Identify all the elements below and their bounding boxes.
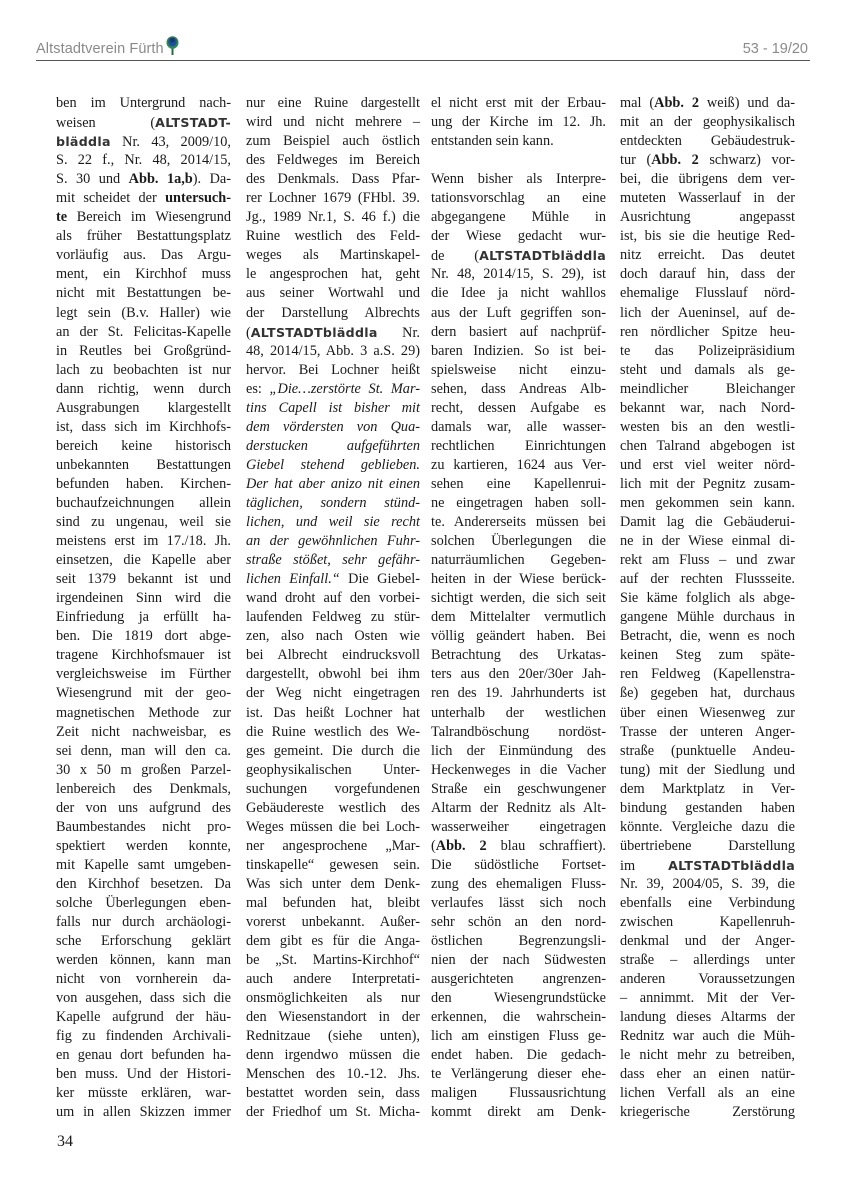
text-line: rer Lochner 1679 (FHbl. 39. xyxy=(246,189,420,208)
text-line: bereich keine historisch xyxy=(56,437,231,456)
text-line: Sie käme folglich als abge- xyxy=(620,589,795,608)
text-line: derstucken aufgeführten xyxy=(246,437,420,456)
text-line: mit scheidet der untersuch- xyxy=(56,189,231,208)
text-line: aus seiner Wortwahl und xyxy=(246,284,420,303)
text-line: mit an der geophysikalisch xyxy=(620,113,795,132)
text-line: rekt am Fluss – und zwar xyxy=(620,551,795,570)
text-line: mit Kapelle samt umgeben- xyxy=(56,856,231,875)
text-line: te Bereich im Wiesengrund xyxy=(56,208,231,227)
brand-wordmark: ALTSTADTbläddla xyxy=(479,248,606,263)
text-line: ist. Das heißt Lochner hat xyxy=(246,704,420,723)
text-line: nien der nach Südwesten xyxy=(431,951,606,970)
text-line: vorläufig aus. Das Argu- xyxy=(56,246,231,265)
text-line: Zeit nicht nachweisbar, es xyxy=(56,723,231,742)
text-line: bestattet worden sein, dass xyxy=(246,1084,420,1103)
text-line: buchaufzeichnungen allein xyxy=(56,494,231,513)
tree-icon xyxy=(166,36,179,56)
text-line: dern basiert auf nachprüf- xyxy=(431,323,606,342)
text-line: Was sich unter dem Denk- xyxy=(246,875,420,894)
text-line: rechtlichen Einrichtungen xyxy=(431,437,606,456)
paragraph-gap xyxy=(431,151,606,170)
text-line: anderen Voraussetzungen xyxy=(620,970,795,989)
text-line: dem Marktplatz in Ver- xyxy=(620,780,795,799)
text-line: seit 1379 bekannt ist und xyxy=(56,570,231,589)
text-line: die Idee ja nicht wahllos xyxy=(431,284,606,303)
text-line: an der St. Felicitas-Kapelle xyxy=(56,323,231,342)
text-line: Wiesengrund mit der geo- xyxy=(56,684,231,703)
issue-number: 53 - 19/20 xyxy=(743,41,808,57)
text-line: heiten in der Wiese berück- xyxy=(431,570,606,589)
text-line: weges als Martinskapel- xyxy=(246,246,420,265)
publisher-name: Altstadtverein Fürth xyxy=(36,36,179,57)
text-line: Der hat aber anizo nit einen xyxy=(246,475,420,494)
text-line: ren Feldweg (Kapellenstra- xyxy=(620,665,795,684)
text-line: geophysikalischen Unter- xyxy=(246,761,420,780)
text-line: sehen eine Kapellenrui- xyxy=(431,475,606,494)
text-line: chen Talrand abgebogen ist xyxy=(620,437,795,456)
text-line: lichen Verfall als an eine xyxy=(620,1084,795,1103)
text-line: falls nur durch archäologi- xyxy=(56,913,231,932)
text-line: straße – allerdings unter xyxy=(620,951,795,970)
text-line: lichen, und weil sie recht xyxy=(246,513,420,532)
text-line: S. 30 und Abb. 1a,b). Da- xyxy=(56,170,231,189)
text-line: – annimmt. Mit der Ver- xyxy=(620,989,795,1008)
text-line: Trasse der unteren Anger- xyxy=(620,723,795,742)
text-line: vorerst unbekannt. Außer- xyxy=(246,913,420,932)
text-line: solche Überlegungen eben- xyxy=(56,894,231,913)
text-line: es: „Die…zerstörte St. Mar- xyxy=(246,380,420,399)
text-line: tung) mit der Siedlung und xyxy=(620,761,795,780)
text-line: auf der rechten Flussseite. xyxy=(620,570,795,589)
text-line: Betracht, die, wenn es noch xyxy=(620,627,795,646)
text-line: ben. Die 1819 dort abge- xyxy=(56,627,231,646)
text-line: te Verlängerung dieser ehe- xyxy=(431,1065,606,1084)
text-line: bei Albrecht eindrucksvoll xyxy=(246,646,420,665)
text-line: be „St. Martins-Kirchhof“ xyxy=(246,951,420,970)
text-column-2: nur eine Ruine dargestelltwird und nicht… xyxy=(246,94,420,1123)
text-line: Kapelle aufgrund der häu- xyxy=(56,1008,231,1027)
text-line: ist, dass sich im Kirchhofs- xyxy=(56,418,231,437)
text-line: unbekannten Bestattungen xyxy=(56,456,231,475)
text-line: ist, bis sie die heutige Red- xyxy=(620,227,795,246)
page-number: 34 xyxy=(57,1133,73,1151)
brand-wordmark: ALTSTADTbläddla xyxy=(251,325,378,340)
text-line: mal (Abb. 2 weiß) und da- xyxy=(620,94,795,113)
text-line: erkennen, die wahrschein- xyxy=(431,1008,606,1027)
text-line: und erst viel weiter nörd- xyxy=(620,456,795,475)
text-line: in Reutles bei Großgründ- xyxy=(56,342,231,361)
text-line: verlaufes lässt sich noch xyxy=(431,894,606,913)
text-line: wasserweiher eingetragen xyxy=(431,818,606,837)
text-line: dem Mittelalter vermutlich xyxy=(431,608,606,627)
text-column-1: ben im Untergrund nach-weisen (ALTSTADT-… xyxy=(56,94,231,1123)
text-line: fig zu findenden Archivali- xyxy=(56,1027,231,1046)
text-line: aus der Luft gegriffen son- xyxy=(431,304,606,323)
text-line: Menschen des 10.-12. Jhs. xyxy=(246,1065,420,1084)
text-line: dargestellt, obwohl bei ihm xyxy=(246,665,420,684)
text-line: der Weg nicht eingetragen xyxy=(246,684,420,703)
text-line: werden können, kann man xyxy=(56,951,231,970)
text-line: kommt direkt am Denk- xyxy=(431,1103,606,1122)
text-line: sind zu ungenau, weil sie xyxy=(56,513,231,532)
text-line: de (ALTSTADTbläddla xyxy=(431,246,606,265)
text-line: entdeckten Gebäudestruk- xyxy=(620,132,795,151)
text-line: laufenden Feldweg zu stür- xyxy=(246,608,420,627)
text-line: Baumbestandes nicht pro- xyxy=(56,818,231,837)
text-line: wand droht auf den vorbei- xyxy=(246,589,420,608)
text-line: Rednitzaue (siehe unten), xyxy=(246,1027,420,1046)
text-line: Altarm der Rednitz als Alt- xyxy=(431,799,606,818)
text-line: Talrandböschung nordöst- xyxy=(431,723,606,742)
text-line: übertriebene Darstellung xyxy=(620,837,795,856)
text-line: ben im Untergrund nach- xyxy=(56,94,231,113)
text-line: straße stößet, sehr gefähr- xyxy=(246,551,420,570)
text-line: suchungen vorgefundenen xyxy=(246,780,420,799)
text-line: gangene Mühle durchaus in xyxy=(620,608,795,627)
text-line: tationsvorschlag an eine xyxy=(431,189,606,208)
text-line: des Denkmals. Dass Pfar- xyxy=(246,170,420,189)
text-line: straße (punktuelle Andeu- xyxy=(620,742,795,761)
text-line: befunden haben. Kirchen- xyxy=(56,475,231,494)
text-line: bei, die übrigens dem ver- xyxy=(620,170,795,189)
text-line: steht und damals als ge- xyxy=(620,361,795,380)
text-line: völlig geändert haben. Bei xyxy=(431,627,606,646)
text-line: te. Andererseits müssen bei xyxy=(431,513,606,532)
text-line: über einen Wiesenweg zur xyxy=(620,704,795,723)
text-line: men gekommen sein kann. xyxy=(620,494,795,513)
text-line: täglichen, sondern stünd- xyxy=(246,494,420,513)
text-line: der Wiese gedacht wur- xyxy=(431,227,606,246)
text-line: 30 x 50 m großen Parzel- xyxy=(56,761,231,780)
text-line: dem vördersten von Qua- xyxy=(246,418,420,437)
text-line: Damit lag die Gebäuderui- xyxy=(620,513,795,532)
text-line: den Wiesenstandort in der xyxy=(246,1008,420,1027)
text-line: von ausgehen, dass sich die xyxy=(56,989,231,1008)
text-line: westen bis an den westli- xyxy=(620,418,795,437)
text-line: im ALTSTADTbläddla xyxy=(620,856,795,875)
text-line: um in allen Skizzen immer xyxy=(56,1103,231,1122)
text-line: lach zu beobachten ist nur xyxy=(56,361,231,380)
text-line: Gebäudereste westlich des xyxy=(246,799,420,818)
text-line: sehr schön an den nord- xyxy=(431,913,606,932)
text-line: der Friedhof um St. Micha- xyxy=(246,1103,420,1122)
text-line: nicht von vornherein da- xyxy=(56,970,231,989)
text-line: ehemalige Flusslauf nörd- xyxy=(620,284,795,303)
text-line: sehen, dass Andreas Alb- xyxy=(431,380,606,399)
text-line: ner angesprochene „Mar- xyxy=(246,837,420,856)
text-line: doch darauf hin, dass der xyxy=(620,265,795,284)
text-line: onsmöglichkeiten als nur xyxy=(246,989,420,1008)
text-line: Einfriedung ja erfüllt ha- xyxy=(56,608,231,627)
text-line: des Feldweges im Bereich xyxy=(246,151,420,170)
text-line: Heckenweges in die Vacher xyxy=(431,761,606,780)
text-line: maligen Flussausrichtung xyxy=(431,1084,606,1103)
text-line: dann richtig, wenn durch xyxy=(56,380,231,399)
text-line: kriegerische Zerstörung xyxy=(620,1103,795,1122)
text-line: damals war, alle wasser- xyxy=(431,418,606,437)
text-line: endet haben. Die gedach- xyxy=(431,1046,606,1065)
text-line: baren Indizien. So ist bei- xyxy=(431,342,606,361)
text-line: Straße ein geschwungener xyxy=(431,780,606,799)
text-line: dem gibt es für die Anga- xyxy=(246,932,420,951)
text-line: der von uns aufgrund des xyxy=(56,799,231,818)
text-line: Ausrichtung angepasst xyxy=(620,208,795,227)
text-line: nur eine Ruine dargestellt xyxy=(246,94,420,113)
text-line: ausgerichteten angrenzen- xyxy=(431,970,606,989)
text-line: könnte. Vergleiche dazu die xyxy=(620,818,795,837)
text-column-4: mal (Abb. 2 weiß) und da-mit an der geop… xyxy=(620,94,795,1123)
text-line: landung dieses Altarms der xyxy=(620,1008,795,1027)
text-line: recht, dessen Aufgabe es xyxy=(431,399,606,418)
text-line: an der gewöhnlichen Fuhr- xyxy=(246,532,420,551)
text-line: sei denn, man will den ca. xyxy=(56,742,231,761)
text-line: magnetischen Methode zur xyxy=(56,704,231,723)
text-line: ren nördlicher Spitze heu- xyxy=(620,323,795,342)
brand-wordmark: bläddla xyxy=(56,134,111,149)
text-line: ren des 19. Jahrhunderts ist xyxy=(431,684,606,703)
text-line: entstanden sein kann. xyxy=(431,132,606,151)
text-line: Rednitz war auch die Müh- xyxy=(620,1027,795,1046)
text-line: Wenn bisher als Interpre- xyxy=(431,170,606,189)
text-line: Betrachtung des Urkatas- xyxy=(431,646,606,665)
text-line: ung der Kirche im 12. Jh. xyxy=(431,113,606,132)
text-line: 48, 2014/15, Abb. 3 a.S. 29) xyxy=(246,342,420,361)
text-line: bekannt war, nach Nord- xyxy=(620,399,795,418)
publisher-label: Altstadtverein Fürth xyxy=(36,41,164,57)
text-line: lenbereich des Denkmals, xyxy=(56,780,231,799)
text-line: el nicht erst mit der Erbau- xyxy=(431,94,606,113)
text-column-3: el nicht erst mit der Erbau-ung der Kirc… xyxy=(431,94,606,1123)
text-line: sichtigt werden, die sich seit xyxy=(431,589,606,608)
text-line: auch andere Interpretati- xyxy=(246,970,420,989)
text-line: ker müsste erklären, war- xyxy=(56,1084,231,1103)
text-line: ne in der Wiese einmal di- xyxy=(620,532,795,551)
text-line: Nr. 39, 2004/05, S. 39, die xyxy=(620,875,795,894)
text-line: bläddla Nr. 43, 2009/10, xyxy=(56,132,231,151)
text-line: (ALTSTADTbläddla Nr. xyxy=(246,323,420,342)
text-line: zen, also nach Osten wie xyxy=(246,627,420,646)
text-line: tinskapelle“ gewesen sein. xyxy=(246,856,420,875)
text-line: mal befunden hat, bleibt xyxy=(246,894,420,913)
text-line: Nr. 48, 2014/15, S. 29), ist xyxy=(431,265,606,284)
text-line: Giebel stehend geblieben. xyxy=(246,456,420,475)
brand-wordmark: ALTSTADT- xyxy=(155,115,231,130)
text-line: (Abb. 2 blau schraffiert). xyxy=(431,837,606,856)
text-line: tins Capell ist bisher mit xyxy=(246,399,420,418)
text-line: die Ruine westlich des We- xyxy=(246,723,420,742)
brand-wordmark: ALTSTADTbläddla xyxy=(668,858,795,873)
text-line: meindlicher Bleichanger xyxy=(620,380,795,399)
text-line: den Wiesengrundstücke xyxy=(431,989,606,1008)
text-line: hervor. Bei Lochner heißt xyxy=(246,361,420,380)
text-line: lichen Einfall.“ Die Giebel- xyxy=(246,570,420,589)
text-line: den Kirchhof besetzen. Da xyxy=(56,875,231,894)
text-line: spektiert werden konnte, xyxy=(56,837,231,856)
text-line: Ausgrabungen klargestellt xyxy=(56,399,231,418)
text-line: weisen (ALTSTADT- xyxy=(56,113,231,132)
text-line: tur (Abb. 2 schwarz) vor- xyxy=(620,151,795,170)
text-line: Jg., 1989 Nr.1, S. 46 f.) die xyxy=(246,208,420,227)
text-line: nitz erreicht. Das deutet xyxy=(620,246,795,265)
text-line: lich mit der Pegnitz zusam- xyxy=(620,475,795,494)
text-line: le angesprochen hat, geht xyxy=(246,265,420,284)
text-line: keinen Steg zum späte- xyxy=(620,646,795,665)
text-line: wird und nicht mehrere – xyxy=(246,113,420,132)
text-line: Die südöstliche Fortset- xyxy=(431,856,606,875)
text-line: ben muss. Und der Histori- xyxy=(56,1065,231,1084)
text-line: Ruine westlich des Feld- xyxy=(246,227,420,246)
text-line: zung des ehemaligen Fluss- xyxy=(431,875,606,894)
text-line: bindung gestanden haben xyxy=(620,799,795,818)
text-line: solchen Überlegungen die xyxy=(431,532,606,551)
text-line: zwischen Kapellenruh- xyxy=(620,913,795,932)
text-line: vergleichsweise im Fürther xyxy=(56,665,231,684)
text-line: lich am einstigen Fluss ge- xyxy=(431,1027,606,1046)
text-line: S. 22 f., Nr. 48, 2014/15, xyxy=(56,151,231,170)
text-line: dass eher an einen natür- xyxy=(620,1065,795,1084)
text-line: ße) gegeben hat, durchaus xyxy=(620,684,795,703)
text-line: lich der Einmündung des xyxy=(431,742,606,761)
text-line: zum Beispiel auch östlich xyxy=(246,132,420,151)
running-header: Altstadtverein Fürth 53 - 19/20 xyxy=(36,36,810,61)
text-line: tragene Kirchhofsmauer ist xyxy=(56,646,231,665)
text-line: ges gemeint. Die durch die xyxy=(246,742,420,761)
text-line: legt sein (B.v. Haller) wie xyxy=(56,304,231,323)
text-line: Weges müssen die bei Loch- xyxy=(246,818,420,837)
text-line: einsetzen, die Kapelle aber xyxy=(56,551,231,570)
text-line: ment, ein Kirchhof muss xyxy=(56,265,231,284)
text-line: lich der Aueninsel, auf de- xyxy=(620,304,795,323)
text-line: nicht mit Bestattungen be- xyxy=(56,284,231,303)
text-line: unterhalb der westlichen xyxy=(431,704,606,723)
text-line: abgegangene Mühle in xyxy=(431,208,606,227)
text-line: ne eingetragen haben soll- xyxy=(431,494,606,513)
text-line: spielsweise nicht einzu- xyxy=(431,361,606,380)
text-line: sche Erforschung geklärt xyxy=(56,932,231,951)
text-line: en genau dort befunden ha- xyxy=(56,1046,231,1065)
text-line: le nicht mehr zu betreiben, xyxy=(620,1046,795,1065)
text-line: muteten Wasserlauf in der xyxy=(620,189,795,208)
text-line: zu kartieren, 1624 aus Ver- xyxy=(431,456,606,475)
text-line: naturräumlichen Gegeben- xyxy=(431,551,606,570)
text-line: als früher Bestattungsplatz xyxy=(56,227,231,246)
text-line: der Darstellung Albrechts xyxy=(246,304,420,323)
text-line: östlichen Begrenzungsli- xyxy=(431,932,606,951)
text-line: te das Polizeipräsidium xyxy=(620,342,795,361)
text-line: irgendeinen Sinn wird die xyxy=(56,589,231,608)
text-line: meistens erst im 17./18. Jh. xyxy=(56,532,231,551)
text-line: ebenfalls eine Verbindung xyxy=(620,894,795,913)
text-line: denn irgendwo müssen die xyxy=(246,1046,420,1065)
text-line: ters aus den 20er/30er Jah- xyxy=(431,665,606,684)
text-line: denkmal und der Anger- xyxy=(620,932,795,951)
